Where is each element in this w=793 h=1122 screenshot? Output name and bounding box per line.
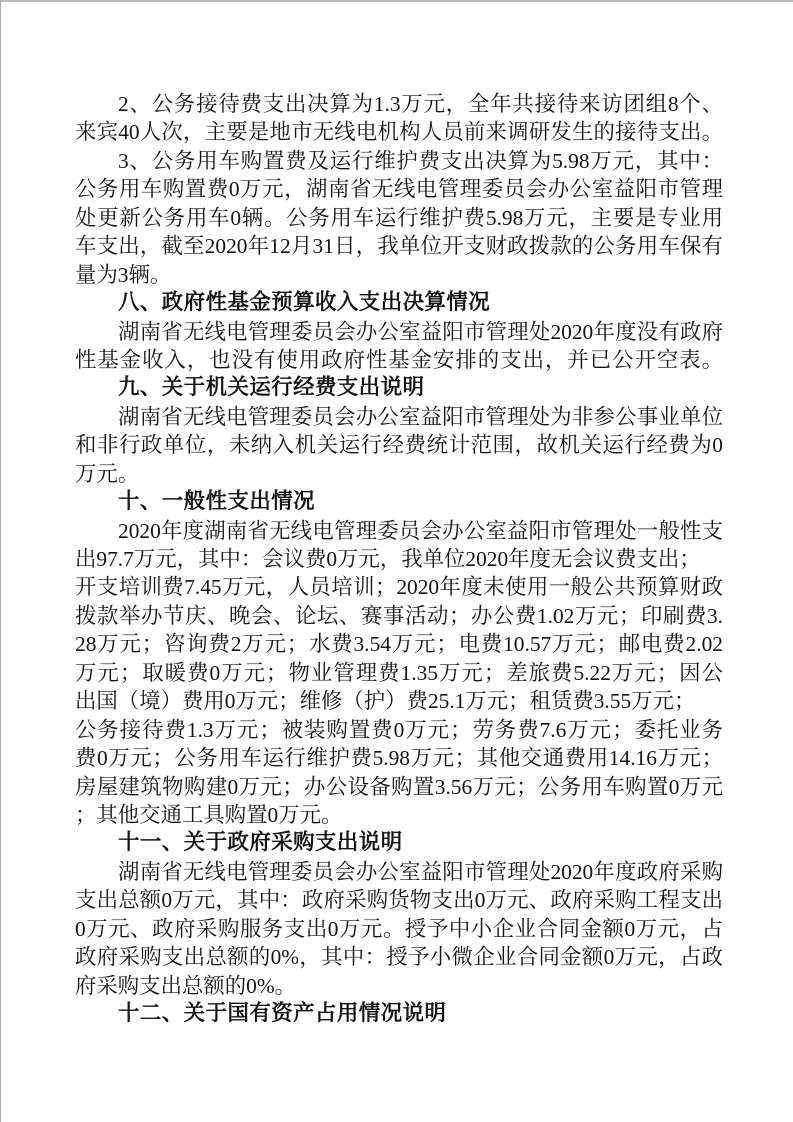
doc-line: 房屋建筑物购建0万元；办公设备购置3.56万元；公务用车购置0万元 [75, 773, 723, 801]
doc-line: 湖南省无线电管理委员会办公室益阳市管理处2020年度政府采购 [75, 858, 723, 886]
doc-line: 2、公务接待费支出决算为1.3万元，全年共接待来访团组8个、 [75, 90, 723, 118]
doc-line: 2020年度湖南省无线电管理委员会办公室益阳市管理处一般性支 [75, 517, 723, 545]
doc-line: 开支培训费7.45万元，人员培训；2020年度未使用一般公共预算财政 [75, 573, 723, 601]
doc-line: 万元；取暖费0万元；物业管理费1.35万元；差旅费5.22万元；因公 [75, 659, 723, 687]
doc-line: 支出总额0万元，其中：政府采购货物支出0万元、政府采购工程支出 [75, 886, 723, 914]
section-heading-12: 十二、关于国有资产占用情况说明 [75, 1000, 723, 1028]
document-page: { "page": { "background": "#ffffff", "te… [0, 0, 793, 1122]
section-heading-8: 八、政府性基金预算收入支出决算情况 [75, 289, 723, 317]
doc-line: 来宾40人次，主要是地市无线电机构人员前来调研发生的接待支出。 [75, 118, 723, 146]
doc-line: 和非行政单位，未纳入机关运行经费统计范围，故机关运行经费为0 [75, 431, 723, 459]
doc-line: 湖南省无线电管理委员会办公室益阳市管理处为非参公事业单位 [75, 403, 723, 431]
doc-line: 府采购支出总额的0%。 [75, 972, 723, 1000]
doc-line: 公务用车购置费0万元，湖南省无线电管理委员会办公室益阳市管理 [75, 175, 723, 203]
doc-line: 车支出，截至2020年12月31日，我单位开支财政拨款的公务用车保有 [75, 232, 723, 260]
section-heading-9: 九、关于机关运行经费支出说明 [75, 374, 723, 402]
doc-line: 公务接待费1.3万元；被装购置费0万元；劳务费7.6万元；委托业务 [75, 716, 723, 744]
doc-line: 量为3辆。 [75, 261, 723, 289]
doc-line: 出国（境）费用0万元；维修（护）费25.1万元；租赁费3.55万元； [75, 687, 723, 715]
section-heading-11: 十一、关于政府采购支出说明 [75, 829, 723, 857]
section-heading-10: 十、一般性支出情况 [75, 488, 723, 516]
doc-line: 处更新公务用车0辆。公务用车运行维护费5.98万元，主要是专业用 [75, 204, 723, 232]
doc-line: 0万元、政府采购服务支出0万元。授予中小企业合同金额0万元，占 [75, 915, 723, 943]
doc-line: 费0万元；公务用车运行维护费5.98万元；其他交通费用14.16万元； [75, 744, 723, 772]
doc-line: 性基金收入，也没有使用政府性基金安排的支出，并已公开空表。 [75, 346, 723, 374]
doc-line: 28万元；咨询费2万元；水费3.54万元；电费10.57万元；邮电费2.02 [75, 630, 723, 658]
page-background: 2、公务接待费支出决算为1.3万元，全年共接待来访团组8个、 来宾40人次，主要… [0, 0, 793, 1122]
document-body: 2、公务接待费支出决算为1.3万元，全年共接待来访团组8个、 来宾40人次，主要… [75, 90, 723, 1028]
doc-line: ；其他交通工具购置0万元。 [75, 801, 723, 829]
doc-line: 拨款举办节庆、晚会、论坛、赛事活动；办公费1.02万元；印刷费3. [75, 602, 723, 630]
doc-line: 出97.7万元，其中：会议费0万元，我单位2020年度无会议费支出； [75, 545, 723, 573]
doc-line: 万元。 [75, 460, 723, 488]
doc-line: 政府采购支出总额的0%，其中：授予小微企业合同金额0万元，占政 [75, 943, 723, 971]
doc-line: 湖南省无线电管理委员会办公室益阳市管理处2020年度没有政府 [75, 318, 723, 346]
doc-line: 3、公务用车购置费及运行维护费支出决算为5.98万元，其中： [75, 147, 723, 175]
